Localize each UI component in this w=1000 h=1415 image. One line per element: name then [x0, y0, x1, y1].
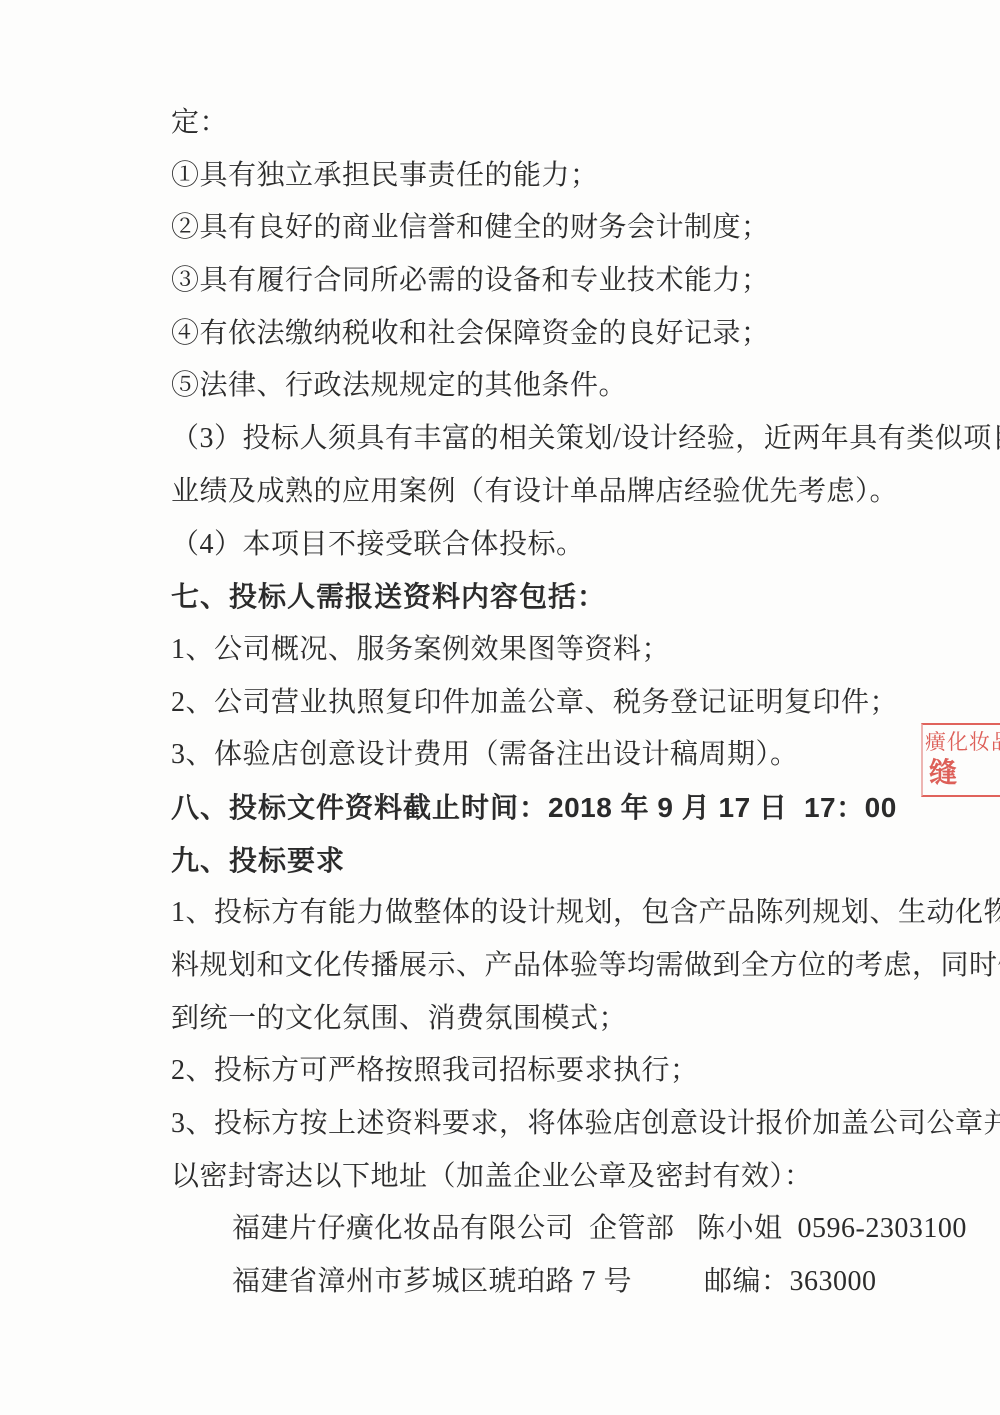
text-line: 定： — [171, 97, 911, 150]
condition-item-3: ③具有履行合同所必需的设备和专业技术能力； — [171, 255, 911, 308]
section-9-item-1-line-2: 料规划和文化传播展示、产品体验等均需做到全方位的考虑，同时做 — [171, 940, 911, 993]
contact-address-line: 福建省漳州市芗城区琥珀路 7 号 邮编：363000 — [171, 1256, 911, 1309]
section-9-item-2: 2、投标方可严格按照我司招标要求执行； — [171, 1045, 911, 1098]
clause-3-line-1: （3）投标人须具有丰富的相关策划/设计经验，近两年具有类似项目 — [171, 413, 911, 466]
document-body: 定： ①具有独立承担民事责任的能力； ②具有良好的商业信誉和健全的财务会计制度；… — [171, 97, 911, 1309]
seam-seal-text-top: 癀化妆品专 — [923, 727, 1000, 757]
section-7-heading: 七、投标人需报送资料内容包括： — [171, 571, 911, 624]
condition-item-1: ①具有独立承担民事责任的能力； — [171, 150, 911, 203]
deadline-value: 2018 年 9 月 17 日 17：00 — [548, 792, 897, 823]
condition-item-5: ⑤法律、行政法规规定的其他条件。 — [171, 360, 911, 413]
section-9-item-1-line-1: 1、投标方有能力做整体的设计规划，包含产品陈列规划、生动化物 — [171, 887, 911, 940]
section-7-item-1: 1、公司概况、服务案例效果图等资料； — [171, 624, 911, 677]
section-9-heading: 九、投标要求 — [171, 835, 911, 888]
section-9-item-3-line-1: 3、投标方按上述资料要求，将体验店创意设计报价加盖公司公章并 — [171, 1098, 911, 1151]
section-8-heading-deadline: 八、投标文件资料截止时间：2018 年 9 月 17 日 17：00 — [171, 782, 911, 835]
section-9-item-1-line-3: 到统一的文化氛围、消费氛围模式； — [171, 993, 911, 1046]
seam-seal-text-bottom: 缝 章 — [923, 757, 1000, 791]
contact-company-line: 福建片仔癀化妆品有限公司 企管部 陈小姐 0596-2303100 — [171, 1203, 911, 1256]
seam-seal-stamp: 癀化妆品专 缝 章 — [921, 723, 1000, 797]
section-7-item-2: 2、公司营业执照复印件加盖公章、税务登记证明复印件； — [171, 677, 911, 730]
condition-item-2: ②具有良好的商业信誉和健全的财务会计制度； — [171, 202, 911, 255]
section-7-item-3: 3、体验店创意设计费用（需备注出设计稿周期）。 — [171, 729, 911, 782]
section-9-item-3-line-2: 以密封寄达以下地址（加盖企业公章及密封有效）： — [171, 1151, 911, 1204]
condition-item-4: ④有依法缴纳税收和社会保障资金的良好记录； — [171, 308, 911, 361]
scanned-document-page: 定： ①具有独立承担民事责任的能力； ②具有良好的商业信誉和健全的财务会计制度；… — [0, 0, 1000, 1415]
deadline-label: 八、投标文件资料截止时间： — [171, 792, 548, 823]
clause-3-line-2: 业绩及成熟的应用案例（有设计单品牌店经验优先考虑）。 — [171, 466, 911, 519]
clause-4: （4）本项目不接受联合体投标。 — [171, 519, 911, 572]
